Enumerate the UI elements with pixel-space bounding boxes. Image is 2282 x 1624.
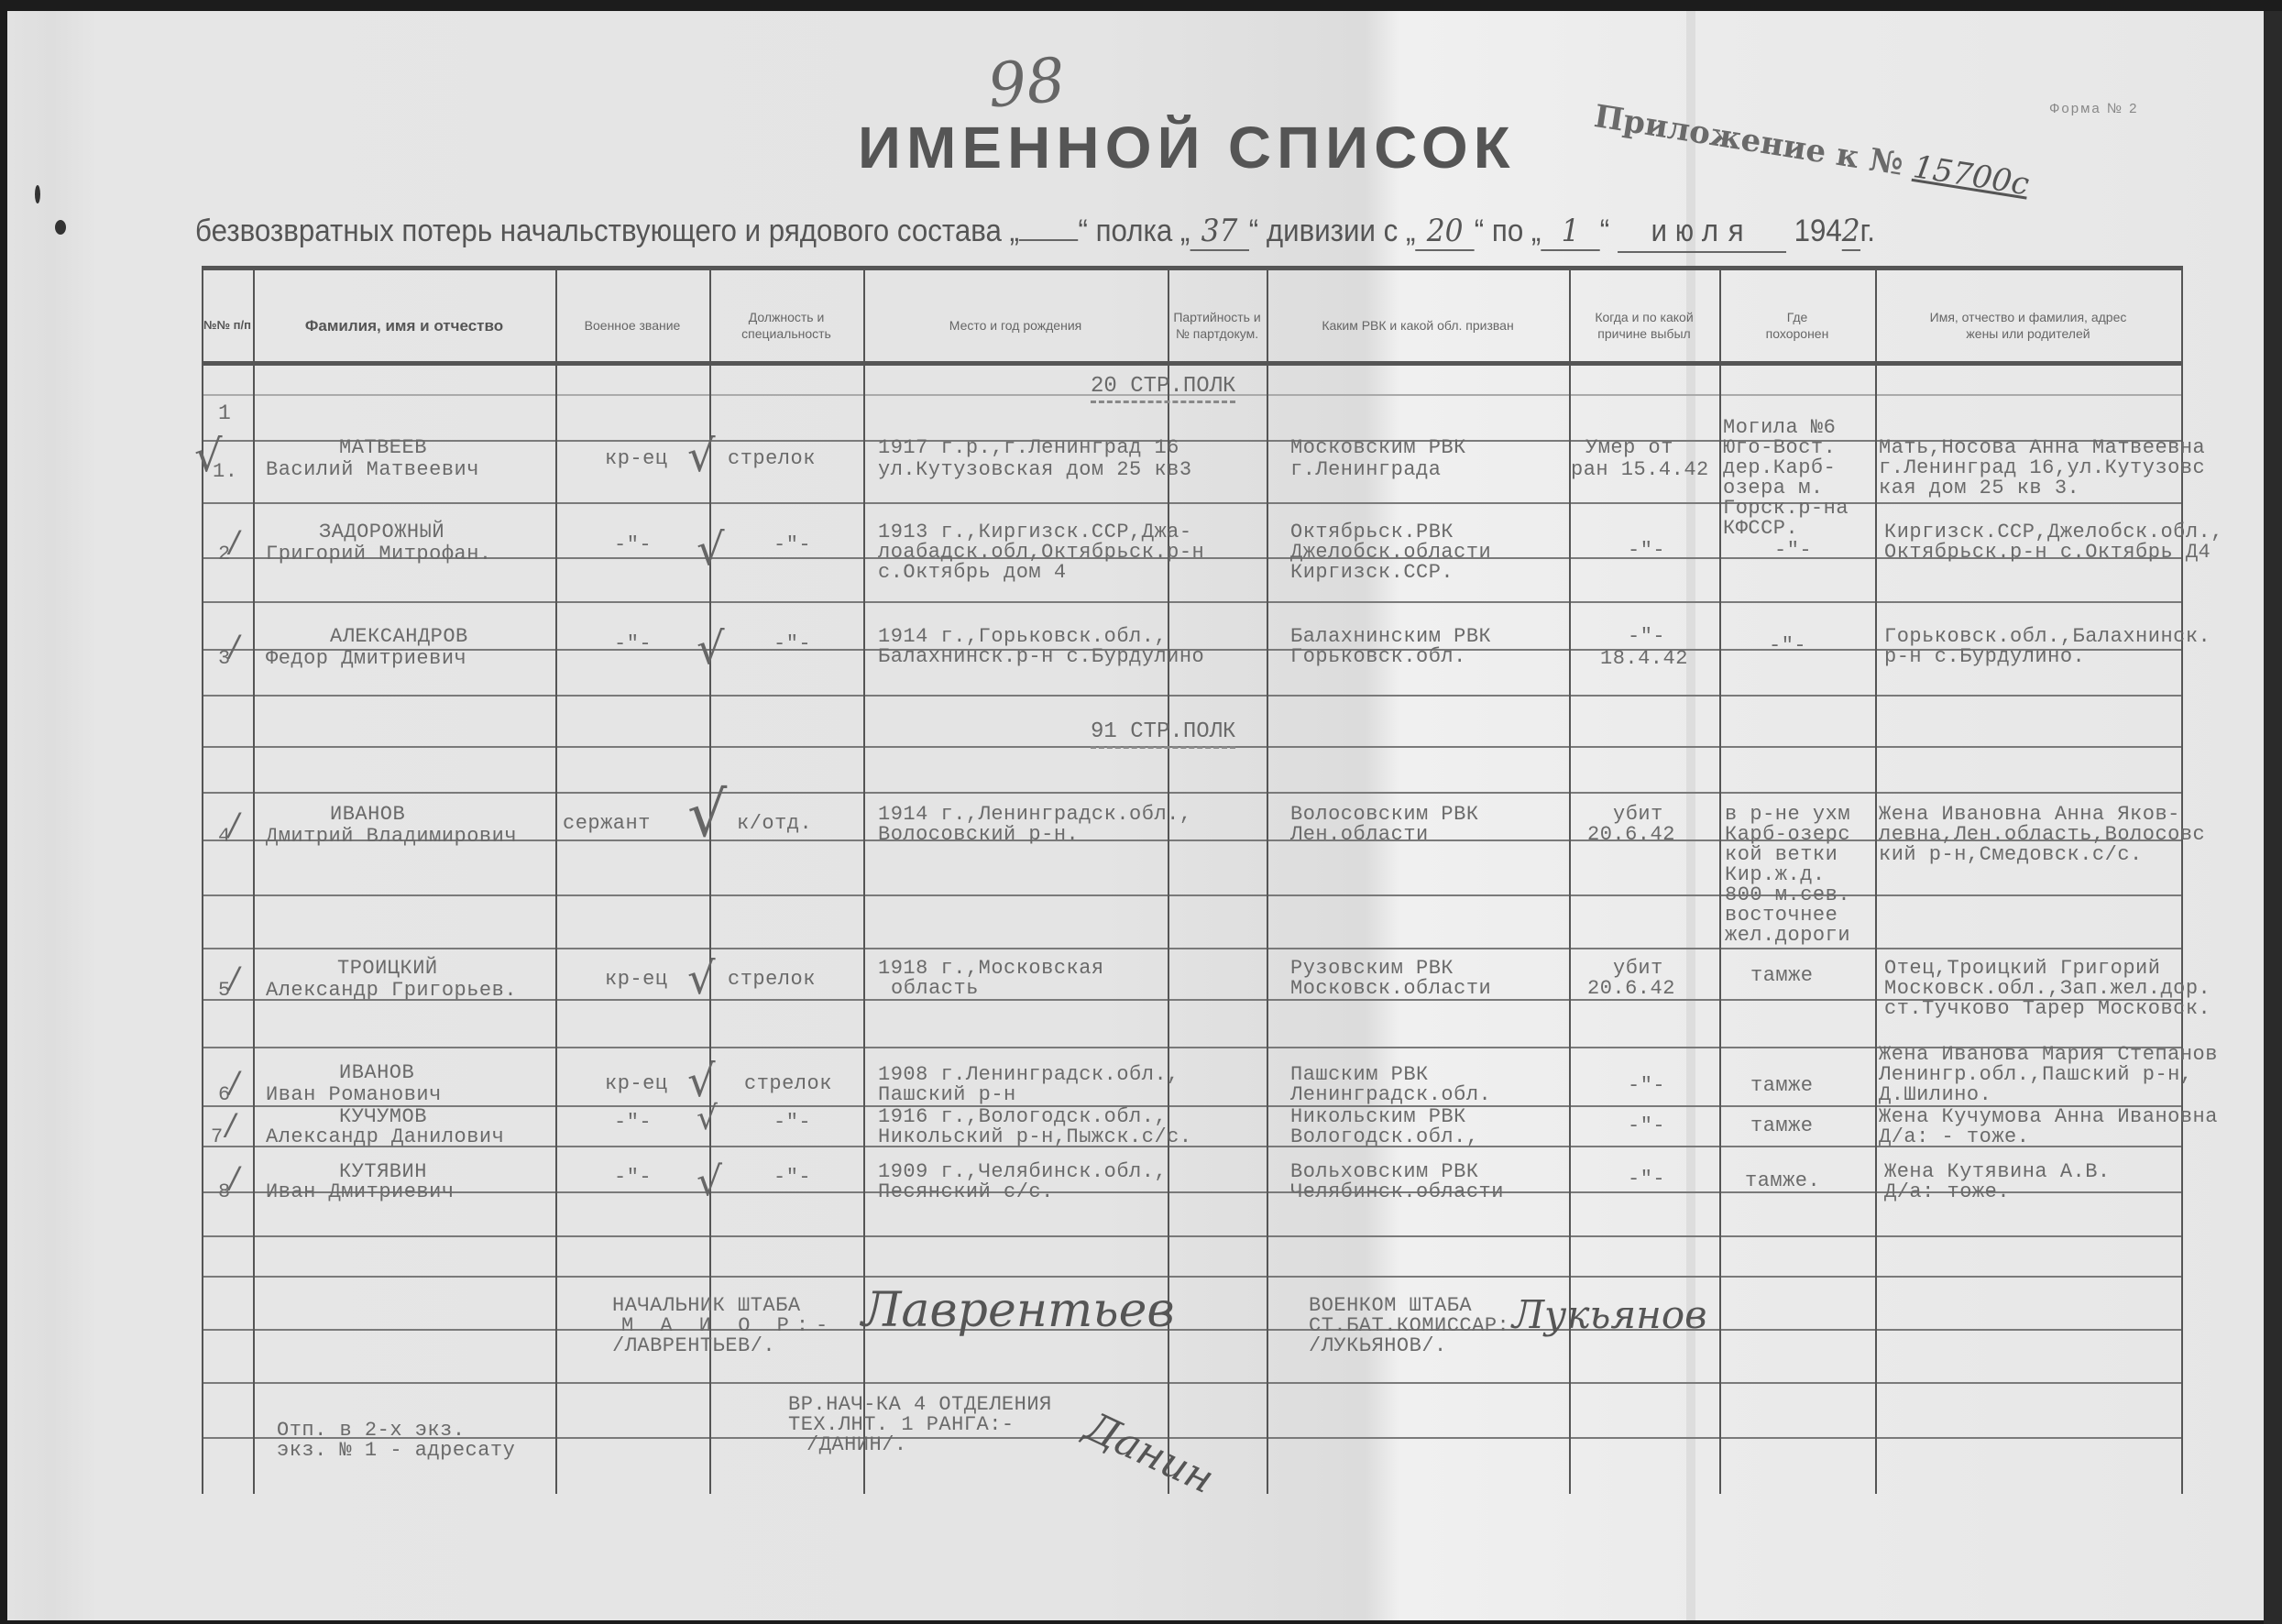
row-rvk: Челябинск.области [1290,1182,1504,1202]
row-position: стрелок [728,449,816,469]
checkmark-icon: √ [687,779,727,851]
row-rvk: Джелобск.области [1290,543,1491,563]
row-buried: -"- [1769,636,1806,656]
year-prefix: 194 [1794,214,1842,248]
division-number: 37 [1190,213,1248,251]
row-buried: кой ветки [1725,845,1838,865]
row-when: -"- [1628,541,1665,561]
header-num: №№ п/п [202,282,253,369]
punch-hole [35,185,40,203]
row-surname: ТРОИЦКИЙ [337,959,438,979]
row-rvk: Вольховским РВК [1290,1162,1479,1182]
row-relatives: левна,Лен.область,Волосовс [1879,825,2205,845]
row-relatives: Жена Кучумова Анна Ивановна [1879,1107,2218,1127]
checkmark-icon: / [229,807,239,841]
commissar-name: /ЛУКЬЯНОВ/. [1309,1336,1447,1356]
row-surname: ИВАНОВ [339,1063,414,1083]
row-position: -"- [773,1168,811,1188]
checkmark-icon: √ [697,1100,718,1137]
row-rvk: Октябрьск.РВК [1290,522,1454,543]
row-rvk: Волосовским РВК [1290,805,1479,825]
appendix-stamp: Приложение к № 15700с [1592,98,2032,203]
row-relatives: кий р-н,Смедовск.с/с. [1879,845,2143,865]
row-buried: тамже. [1745,1171,1820,1191]
row-relatives: р-н с.Бурдулино. [1884,647,2085,667]
row-position: -"- [773,634,811,654]
row-name: Василий Матвеевич [266,460,479,480]
row-rvk: Никольским РВК [1290,1107,1466,1127]
header-party: Партийность и № партдокум. [1168,282,1267,369]
row-buried: жел.дороги [1725,926,1850,946]
row-birth: ул.Кутузовская дом 25 кв3 [878,460,1192,480]
subtitle-text: “ по „ [1475,214,1541,248]
row-rank: -"- [614,634,652,654]
row-position: -"- [773,1113,811,1133]
subtitle-text: “ [1600,214,1609,248]
checkmark-icon: / [229,629,239,664]
handwritten-signature: Данин [1078,1403,1221,1503]
row-birth: Волосовский р-н. [878,825,1079,845]
row-surname: КУТЯВИН [339,1162,427,1182]
header-rvk: Каким РВК и какой обл. призван [1267,282,1569,369]
row-birth: 1909 г.,Челябинск.обл., [878,1162,1167,1182]
row-surname: МАТВЕЕВ [339,438,427,458]
row-relatives: Киргизск.ССР,Джелобск.обл., [1884,522,2223,543]
header-full-name: Фамилия, имя и отчество [253,282,555,369]
punch-hole [55,220,66,235]
date-to-month: июля [1618,216,1786,253]
row-buried: Горск.р-на [1723,499,1849,519]
casualty-table: №№ п/п Фамилия, имя и отчество Военное з… [202,266,2273,1494]
header-relatives: Имя, отчество и фамилия, адрес жены или … [1875,282,2181,369]
section-label: 20 СТР.ПОЛК [1091,374,1235,403]
row-position: стрелок [728,970,816,990]
row-buried: тамже [1750,1076,1814,1096]
row-surname: КУЧУМОВ [339,1107,427,1127]
header-birth: Место и год рождения [863,282,1168,369]
document-title: ИМЕННОЙ СПИСОК [858,114,1516,181]
row-rvk: Пашским РВК [1290,1065,1429,1085]
checkmark-icon: / [229,1065,239,1100]
row-buried: дер.Карб- [1723,458,1836,478]
row-buried: Могила №6 [1723,418,1836,438]
header-position: Должность и специальность [709,282,863,369]
row-birth: 1916 г.,Вологодск.обл., [878,1107,1167,1127]
row-birth: область [891,979,979,999]
document-sheet: 98 ИМЕННОЙ СПИСОК Приложение к № 15700с … [7,11,2271,1620]
department-rank: ТЕХ.ЛНТ. 1 РАНГА:- [788,1415,1015,1435]
row-name: Иван Дмитриевич [266,1182,455,1202]
row-rvk: Киргизск.ССР. [1290,563,1454,583]
row-buried: тамже [1750,1116,1814,1136]
date-from: 20 [1415,213,1474,251]
row-relatives: Мать,Носова Анна Матвеевна [1879,438,2205,458]
row-rvk: Ленинградск.обл. [1290,1085,1491,1105]
row-rvk: Лен.области [1290,825,1429,845]
row-name: Григорий Митрофан. [266,544,492,565]
year-suffix: 2 [1842,213,1860,251]
row-rvk: Балахнинским РВК [1290,627,1491,647]
row-surname: ЗАДОРОЖНЫЙ [319,522,444,543]
subtitle-text: безвозвратных потерь начальствующего и р… [195,214,1019,248]
row-buried: озера м. [1723,478,1824,499]
header-rank: Военное звание [555,282,709,369]
row-name: Дмитрий Владимирович [266,827,517,847]
row-rank: сержант [563,814,651,834]
department-name: /ДАНИН/. [806,1435,907,1455]
document-subtitle: безвозвратных потерь начальствующего и р… [195,213,1875,253]
row-rvk: Московским РВК [1290,438,1466,458]
row-name: Александр Григорьев. [266,981,517,1001]
row-buried: 800 м.сев. [1725,885,1850,905]
row-when: -"- [1628,1169,1665,1190]
row-relatives: Д/а: тоже. [1884,1182,2010,1202]
row-when: 20.6.42 [1587,979,1675,999]
row-birth: 1913 г.,Киргизск.ССР,Джа- [878,522,1192,543]
row-when: -"- [1628,1116,1665,1136]
row-buried: тамже [1750,966,1814,986]
stamp-number: 15700с [1911,148,2032,203]
section-label: 91 СТР.ПОЛК [1091,719,1235,749]
chief-rank: М А И О Р:- [621,1316,835,1336]
row-birth: Песянский с/с. [878,1182,1054,1202]
row-relatives: Ленингр.обл.,Пашский р-н, [1879,1065,2193,1085]
row-birth: с.Октябрь дом 4 [878,563,1067,583]
row-birth: Балахнинск.р-н с.Бурдулино [878,647,1204,667]
copies-note-line: экз. № 1 - адресату [277,1441,515,1461]
row-birth: 1914 г.,Горьковск.обл., [878,627,1167,647]
commissar-rank: СТ.БАТ.КОМИССАР: [1309,1316,1509,1336]
row-birth: 1917 г.р.,г.Ленинград 16 [878,438,1179,458]
form-label: Форма № 2 [2049,101,2139,116]
chief-title: НАЧАЛЬНИК ШТАБА [612,1296,801,1316]
row-position: к/отд. [737,814,812,834]
row-rank: -"- [614,535,652,555]
department-title: ВР.НАЧ-КА 4 ОТДЕЛЕНИЯ [788,1395,1052,1415]
row-relatives: Октябрьск.р-н с.Октябрь Д4 [1884,543,2211,563]
header-when: Когда и по какой причине выбыл [1569,282,1719,369]
row-buried: Кир.ж.д. [1725,865,1826,885]
row-when: -"- [1628,1076,1665,1096]
regiment-blank [1019,239,1078,241]
checkmark-icon: √ [697,1158,722,1205]
checkmark-icon: √ [697,623,725,675]
row-rvk: Московск.области [1290,979,1491,999]
row-birth: 1914 г.,Ленинградск.обл., [878,805,1192,825]
row-relatives: ст.Тучково Тарер Московск. [1884,999,2211,1019]
checkmark-icon: / [225,1107,236,1142]
handwritten-signature: Лукьянов [1512,1292,1707,1337]
row-name: Иван Романович [266,1085,442,1105]
row-buried: -"- [1774,541,1812,561]
checkmark-icon: √ [687,953,716,1004]
subtitle-text: “ дивизии с „ [1249,214,1416,248]
row-rank: кр-ец [605,970,668,990]
row-buried: в р-не ухм [1725,805,1850,825]
row-when: ран 15.4.42 [1571,460,1709,480]
row-when: 20.6.42 [1587,825,1675,845]
handwritten-signature: Лаврентьев [861,1283,1175,1338]
copies-note-line: Отп. в 2-х экз. [277,1421,466,1441]
row-relatives: г.Ленинград 16,ул.Кутузовс [1879,458,2205,478]
row-buried: Юго-Вост. [1723,438,1836,458]
header-buried: Где похоронен [1719,282,1875,369]
row-name: Федор Дмитриевич [266,649,466,669]
row-relatives: Жена Ивановна Анна Яков- [1879,805,2180,825]
subtitle-text: г. [1860,214,1875,248]
row-rvk: Рузовским РВК [1290,959,1454,979]
row-birth: Никольский р-н,Пыжск.с/с. [878,1127,1192,1147]
row-number: 1. [213,462,237,482]
date-to-day: 1 [1541,213,1599,251]
column-number: 1 [218,403,231,423]
row-relatives: Жена Кутявина А.В. [1884,1162,2111,1182]
checkmark-icon: / [229,960,239,995]
subtitle-text: “ полка „ [1078,214,1190,248]
row-relatives: Д/а: - тоже. [1879,1127,2029,1147]
row-name: Александр Данилович [266,1127,504,1147]
commissar-title: ВОЕНКОМ ШТАБА [1309,1296,1472,1316]
handwritten-page-number: 98 [985,44,1068,121]
row-birth: лоабадск.обл,Октябрьск.р-н [878,543,1204,563]
checkmark-icon: / [229,524,239,559]
row-birth: 1908 г.Ленинградск.обл., [878,1065,1179,1085]
row-birth: 1918 г.,Московская [878,959,1104,979]
row-relatives: Жена Иванова Мария Степанов [1879,1045,2218,1065]
stamp-label: Приложение к № [1592,98,1906,183]
row-buried: КФССР. [1723,519,1798,539]
row-when: Умер от [1585,438,1673,458]
row-when: убит [1613,805,1663,825]
row-number: 7 [211,1127,224,1147]
row-birth: Пашский р-н [878,1085,1016,1105]
row-rvk: г.Ленинграда [1290,460,1441,480]
row-surname: АЛЕКСАНДРОВ [330,627,468,647]
row-surname: ИВАНОВ [330,805,405,825]
checkmark-icon: √ [697,524,725,576]
row-rvk: Вологодск.обл., [1290,1127,1479,1147]
row-relatives: Д.Шилино. [1879,1085,1991,1105]
row-when: 18.4.42 [1600,649,1688,669]
row-buried: восточнее [1725,905,1838,926]
row-when: убит [1613,959,1663,979]
checkmark-icon: √ [687,431,716,482]
row-relatives: Отец,Троицкий Григорий [1884,959,2160,979]
row-relatives: Московск.обл.,Зап.жел.дор. [1884,979,2211,999]
row-when: -"- [1628,627,1665,647]
checkmark-icon: / [229,1160,239,1195]
row-rank: -"- [614,1113,652,1133]
row-relatives: Горьковск.обл.,Балахнинск. [1884,627,2211,647]
row-rvk: Горьковск.обл. [1290,647,1466,667]
chief-name: /ЛАВРЕНТЬЕВ/. [612,1336,775,1356]
row-position: -"- [773,535,811,555]
row-rank: кр-ец [605,449,668,469]
row-relatives: кая дом 25 кв 3. [1879,478,2079,499]
row-rank: -"- [614,1168,652,1188]
row-buried: Карб-озерс [1725,825,1850,845]
scan-border [2264,11,2282,1624]
row-position: стрелок [744,1074,832,1094]
row-rank: кр-ец [605,1074,668,1094]
